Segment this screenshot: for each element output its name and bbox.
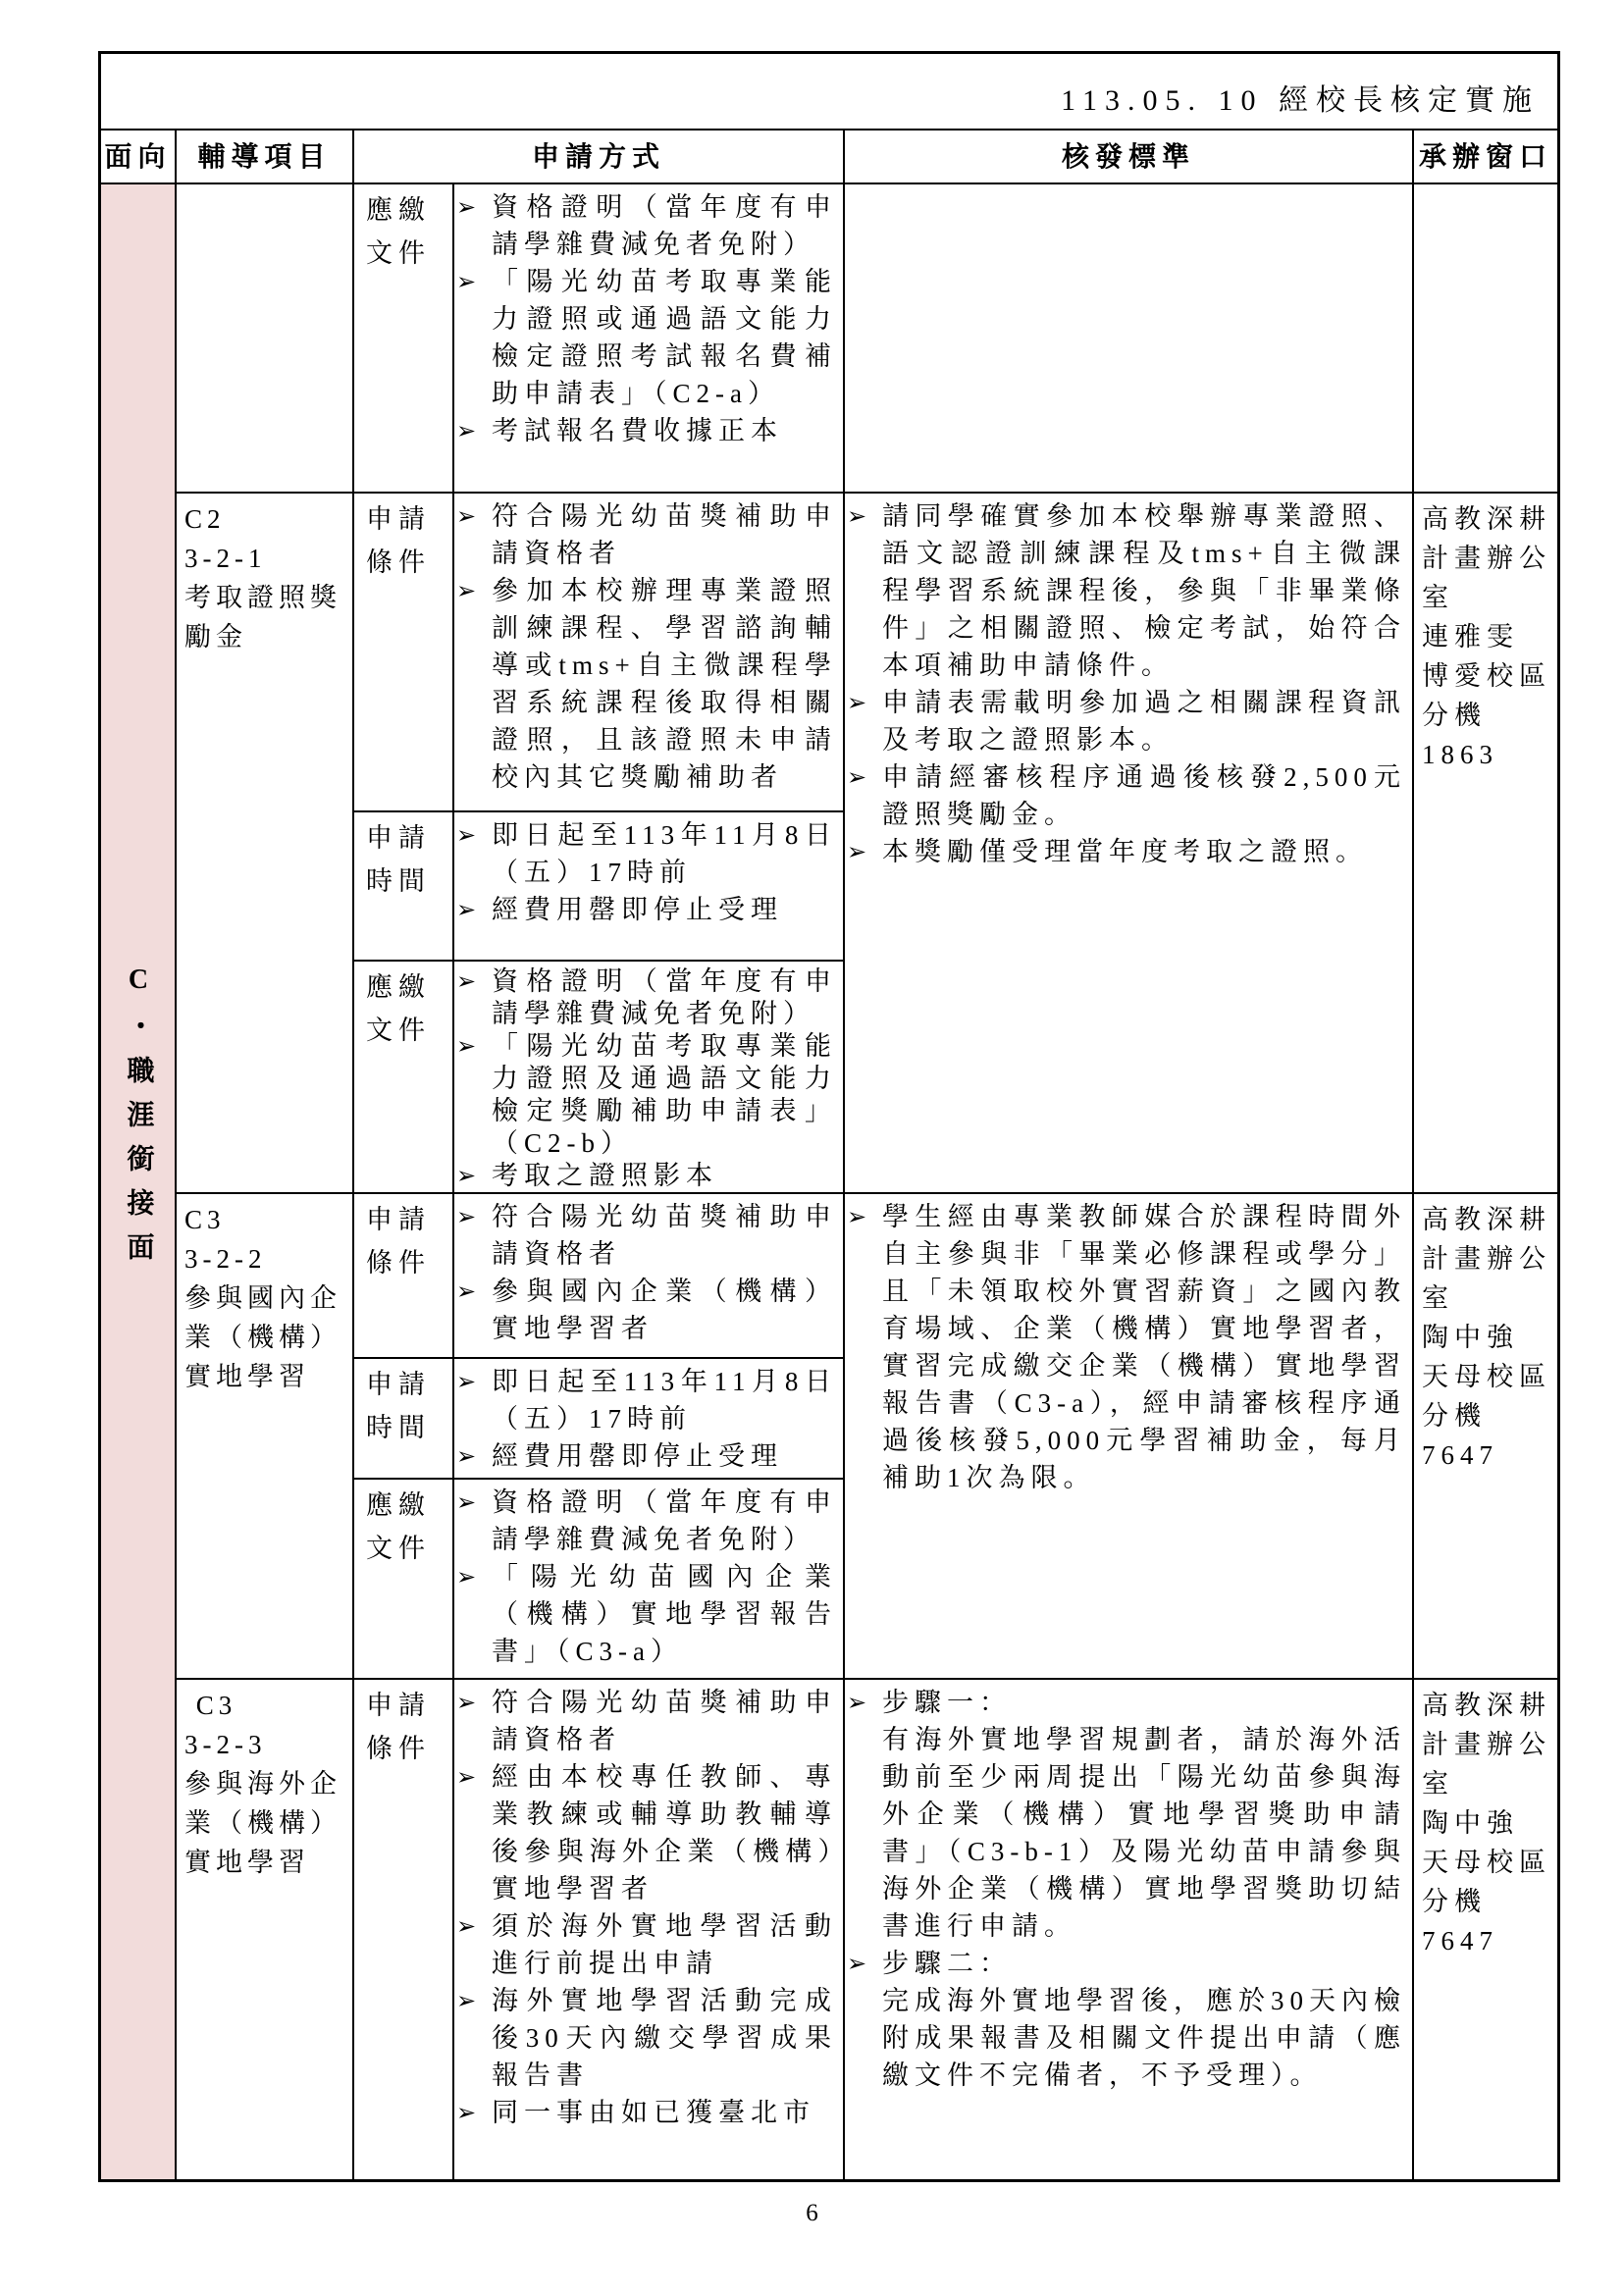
col-header-item: 輔導項目 [177,130,354,184]
bullet-text: 經費用罄即停止受理 [492,891,837,928]
subrow-label-cell: 應繳 文件 [354,184,454,494]
bullet-text: 「陽光幼苗國內企業（機構）實地學習報告書」（C3-a） [492,1558,837,1670]
subrow-content-cell: ➢資格證明（當年度有申請學雜費減免者免附） ➢「陽光幼苗考取專業能力證照或通過語… [454,184,845,494]
list-item: ➢請同學確實參加本校舉辦專業證照、語文認證訓練課程及tms+自主微課程學習系統課… [847,497,1406,684]
subrow-label-cell: 申請 時間 [354,812,454,962]
subrow-label: 申請 條件 [354,494,452,584]
arrow-bullet-icon: ➢ [456,1161,476,1193]
list-item: ➢「陽光幼苗考取專業能力證照及通過語文能力檢定獎勵補助申請表」（C2-b） [456,1030,837,1160]
list-item: ➢即日起至113年11月8日（五）17時前 [456,816,837,891]
item-cell-c3-3-2-2: C3 3-2-2 參與國內企業（機構）實地學習 [177,1194,354,1680]
standards-cell-c3-3-2-2: ➢學生經由專業教師媒合於課程時間外自主參與非「畢業必修課程或學分」且「未領取校外… [845,1194,1414,1680]
list-item: ➢經費用罄即停止受理 [456,891,837,928]
contact-cell-empty [1414,184,1557,494]
arrow-bullet-icon: ➢ [456,498,476,536]
list-item: ➢資格證明（當年度有申請學雜費減免者免附） [456,965,837,1030]
list-item: ➢參加本校辦理專業證照訓練課程、學習諮詢輔導或tms+自主微課程學習系統課程後取… [456,572,837,796]
col-header-apply-method: 申請方式 [354,130,845,184]
col-header-standard: 核發標準 [845,130,1414,184]
arrow-bullet-icon: ➢ [456,1031,476,1064]
arrow-bullet-icon: ➢ [456,1485,476,1522]
arrow-bullet-icon: ➢ [456,1438,476,1476]
bullet-text: 申請經審核程序通過後核發2,500元證照獎勵金。 [882,758,1406,833]
contact-info: 高教深耕計畫辦公室 陶中強 天母校區 分機7647 [1414,1680,1557,1960]
subrow-label-cell: 申請 時間 [354,1359,454,1480]
list-item: ➢資格證明（當年度有申請學雜費減免者免附） [456,1484,837,1558]
bullet-text: 考取之證照影本 [492,1160,837,1192]
arrow-bullet-icon: ➢ [847,759,866,797]
subrow-label: 申請 條件 [354,1680,452,1770]
item-title: C3 3-2-3 參與海外企業（機構）實地學習 [177,1680,352,1882]
bullet-text: 參加本校辦理專業證照訓練課程、學習諮詢輔導或tms+自主微課程學習系統課程後取得… [492,572,837,796]
bullet-text: 資格證明（當年度有申請學雜費減免者免附） [492,965,837,1030]
subrow-content-cell: ➢符合陽光幼苗獎補助申請資格者 ➢參加本校辦理專業證照訓練課程、學習諮詢輔導或t… [454,494,845,812]
list-item: ➢參與國內企業（機構）實地學習者 [456,1273,837,1347]
list-item: ➢同一事由如已獲臺北市 [456,2094,837,2131]
bullet-text: 本獎勵僅受理當年度考取之證照。 [882,833,1406,870]
arrow-bullet-icon: ➢ [456,1274,476,1311]
list-item: ➢經由本校專任教師、專業教練或輔導助教輔導後參與海外企業（機構）實地學習者 [456,1758,837,1907]
contact-cell-c3-3-2-3: 高教深耕計畫辦公室 陶中強 天母校區 分機7647 [1414,1680,1557,2179]
subrow-label-cell: 應繳 文件 [354,1480,454,1680]
bullet-text: 資格證明（當年度有申請學雜費減免者免附） [492,1484,837,1558]
list-item: ➢「陽光幼苗考取專業能力證照或通過語文能力檢定證照考試報名費補助申請表」（C2-… [456,263,837,412]
subrow-content-cell: ➢即日起至113年11月8日（五）17時前 ➢經費用罄即停止受理 [454,812,845,962]
list-item: ➢經費用罄即停止受理 [456,1437,837,1475]
contact-info: 高教深耕計畫辦公室 陶中強 天母校區 分機7647 [1414,1194,1557,1475]
list-item: ➢步驟二： 完成海外實地學習後，應於30天內檢附成果報書及相關文件提出申請（應繳… [847,1945,1406,2094]
item-title: C2 3-2-1 考取證照獎勵金 [177,494,352,656]
arrow-bullet-icon: ➢ [456,1199,476,1236]
arrow-bullet-icon: ➢ [456,966,476,999]
arrow-bullet-icon: ➢ [847,685,866,722]
standards-cell-c3-3-2-3: ➢步驟一： 有海外實地學習規劃者，請於海外活動前至少兩周提出「陽光幼苗參與海外企… [845,1680,1414,2179]
bullet-text: 步驟一： 有海外實地學習規劃者，請於海外活動前至少兩周提出「陽光幼苗參與海外企業… [882,1684,1406,1945]
contact-cell-c2-3-2-1: 高教深耕計畫辦公室 連雅雯 博愛校區 分機1863 [1414,494,1557,1194]
arrow-bullet-icon: ➢ [847,834,866,871]
bullet-text: 須於海外實地學習活動進行前提出申請 [492,1907,837,1982]
arrow-bullet-icon: ➢ [456,264,476,301]
list-item: ➢符合陽光幼苗獎補助申請資格者 [456,1198,837,1273]
arrow-bullet-icon: ➢ [456,413,476,450]
bullet-text: 符合陽光幼苗獎補助申請資格者 [492,497,837,572]
subrow-content-cell: ➢資格證明（當年度有申請學雜費減免者免附） ➢「陽光幼苗考取專業能力證照及通過語… [454,962,845,1194]
list-item: ➢考試報名費收據正本 [456,412,837,449]
subrow-label-cell: 申請 條件 [354,1680,454,2179]
list-item: ➢申請經審核程序通過後核發2,500元證照獎勵金。 [847,758,1406,833]
aspect-cell: C・職涯銜接面 [101,184,177,2179]
item-cell-empty [177,184,354,494]
arrow-bullet-icon: ➢ [456,189,476,227]
item-title: C3 3-2-2 參與國內企業（機構）實地學習 [177,1194,352,1396]
page-number: 6 [0,2200,1624,2227]
contact-info: 高教深耕計畫辦公室 連雅雯 博愛校區 分機1863 [1414,494,1557,774]
standards-cell-empty [845,184,1414,494]
subrow-label: 應繳 文件 [354,1480,452,1570]
subrow-label: 應繳 文件 [354,962,452,1052]
arrow-bullet-icon: ➢ [456,1559,476,1596]
subrow-label-cell: 應繳 文件 [354,962,454,1194]
bullet-text: 步驟二： 完成海外實地學習後，應於30天內檢附成果報書及相關文件提出申請（應繳文… [882,1945,1406,2094]
bullet-text: 「陽光幼苗考取專業能力證照及通過語文能力檢定獎勵補助申請表」（C2-b） [492,1030,837,1160]
arrow-bullet-icon: ➢ [456,1908,476,1946]
arrow-bullet-icon: ➢ [456,1759,476,1797]
bullet-text: 符合陽光幼苗獎補助申請資格者 [492,1684,837,1758]
bullet-text: 符合陽光幼苗獎補助申請資格者 [492,1198,837,1273]
col-header-contact: 承辦窗口 [1414,130,1557,184]
arrow-bullet-icon: ➢ [456,892,476,929]
list-item: ➢符合陽光幼苗獎補助申請資格者 [456,1684,837,1758]
bullet-text: 資格證明（當年度有申請學雜費減免者免附） [492,188,837,263]
bullet-text: 「陽光幼苗考取專業能力證照或通過語文能力檢定證照考試報名費補助申請表」（C2-a… [492,263,837,412]
list-item: ➢申請表需載明參加過之相關課程資訊及考取之證照影本。 [847,684,1406,758]
arrow-bullet-icon: ➢ [847,498,866,536]
bullet-text: 經由本校專任教師、專業教練或輔導助教輔導後參與海外企業（機構）實地學習者 [492,1758,837,1907]
arrow-bullet-icon: ➢ [456,2095,476,2132]
subrow-label-cell: 申請 條件 [354,1194,454,1359]
subrow-content-cell: ➢資格證明（當年度有申請學雜費減免者免附） ➢「陽光幼苗國內企業（機構）實地學習… [454,1480,845,1680]
standards-cell-c2-3-2-1: ➢請同學確實參加本校舉辦專業證照、語文認證訓練課程及tms+自主微課程學習系統課… [845,494,1414,1194]
list-item: ➢步驟一： 有海外實地學習規劃者，請於海外活動前至少兩周提出「陽光幼苗參與海外企… [847,1684,1406,1945]
arrow-bullet-icon: ➢ [847,1685,866,1722]
list-item: ➢學生經由專業教師媒合於課程時間外自主參與非「畢業必修課程或學分」且「未領取校外… [847,1198,1406,1496]
bullet-text: 參與國內企業（機構）實地學習者 [492,1273,837,1347]
item-cell-c3-3-2-3: C3 3-2-3 參與海外企業（機構）實地學習 [177,1680,354,2179]
subrow-content-cell: ➢符合陽光幼苗獎補助申請資格者 ➢參與國內企業（機構）實地學習者 [454,1194,845,1359]
bullet-text: 考試報名費收據正本 [492,412,837,449]
list-item: ➢須於海外實地學習活動進行前提出申請 [456,1907,837,1982]
arrow-bullet-icon: ➢ [847,1199,866,1236]
arrow-bullet-icon: ➢ [456,817,476,855]
subrow-label: 申請 時間 [354,812,452,903]
list-item: ➢即日起至113年11月8日（五）17時前 [456,1363,837,1437]
item-cell-c2-3-2-1: C2 3-2-1 考取證照獎勵金 [177,494,354,1194]
list-item: ➢符合陽光幼苗獎補助申請資格者 [456,497,837,572]
subrow-label-cell: 申請 條件 [354,494,454,812]
contact-cell-c3-3-2-2: 高教深耕計畫辦公室 陶中強 天母校區 分機7647 [1414,1194,1557,1680]
arrow-bullet-icon: ➢ [847,1946,866,1983]
arrow-bullet-icon: ➢ [456,1364,476,1401]
arrow-bullet-icon: ➢ [456,573,476,610]
col-header-aspect: 面向 [101,130,177,184]
subrow-label: 申請 時間 [354,1359,452,1449]
subrow-content-cell: ➢符合陽光幼苗獎補助申請資格者 ➢經由本校專任教師、專業教練或輔導助教輔導後參與… [454,1680,845,2179]
aspect-label: C・職涯銜接面 [125,965,152,1277]
subrow-label: 申請 條件 [354,1194,452,1284]
bullet-text: 即日起至113年11月8日（五）17時前 [492,1363,837,1437]
bullet-text: 海外實地學習活動完成後30天內繳交學習成果報告書 [492,1982,837,2094]
list-item: ➢考取之證照影本 [456,1160,837,1192]
arrow-bullet-icon: ➢ [456,1685,476,1722]
list-item: ➢「陽光幼苗國內企業（機構）實地學習報告書」（C3-a） [456,1558,837,1670]
bullet-text: 申請表需載明參加過之相關課程資訊及考取之證照影本。 [882,684,1406,758]
bullet-text: 同一事由如已獲臺北市 [492,2094,837,2131]
subrow-content-cell: ➢即日起至113年11月8日（五）17時前 ➢經費用罄即停止受理 [454,1359,845,1480]
bullet-text: 學生經由專業教師媒合於課程時間外自主參與非「畢業必修課程或學分」且「未領取校外實… [882,1198,1406,1496]
approval-date-note: 113.05. 10 經校長核定實施 [101,54,1557,130]
list-item: ➢本獎勵僅受理當年度考取之證照。 [847,833,1406,870]
regulation-table: 113.05. 10 經校長核定實施 面向 輔導項目 申請方式 核發標準 承辦窗… [98,51,1560,2182]
subrow-label: 應繳 文件 [354,184,452,275]
bullet-text: 經費用罄即停止受理 [492,1437,837,1475]
bullet-text: 即日起至113年11月8日（五）17時前 [492,816,837,891]
list-item: ➢海外實地學習活動完成後30天內繳交學習成果報告書 [456,1982,837,2094]
list-item: ➢資格證明（當年度有申請學雜費減免者免附） [456,188,837,263]
bullet-text: 請同學確實參加本校舉辦專業證照、語文認證訓練課程及tms+自主微課程學習系統課程… [882,497,1406,684]
arrow-bullet-icon: ➢ [456,1983,476,2020]
